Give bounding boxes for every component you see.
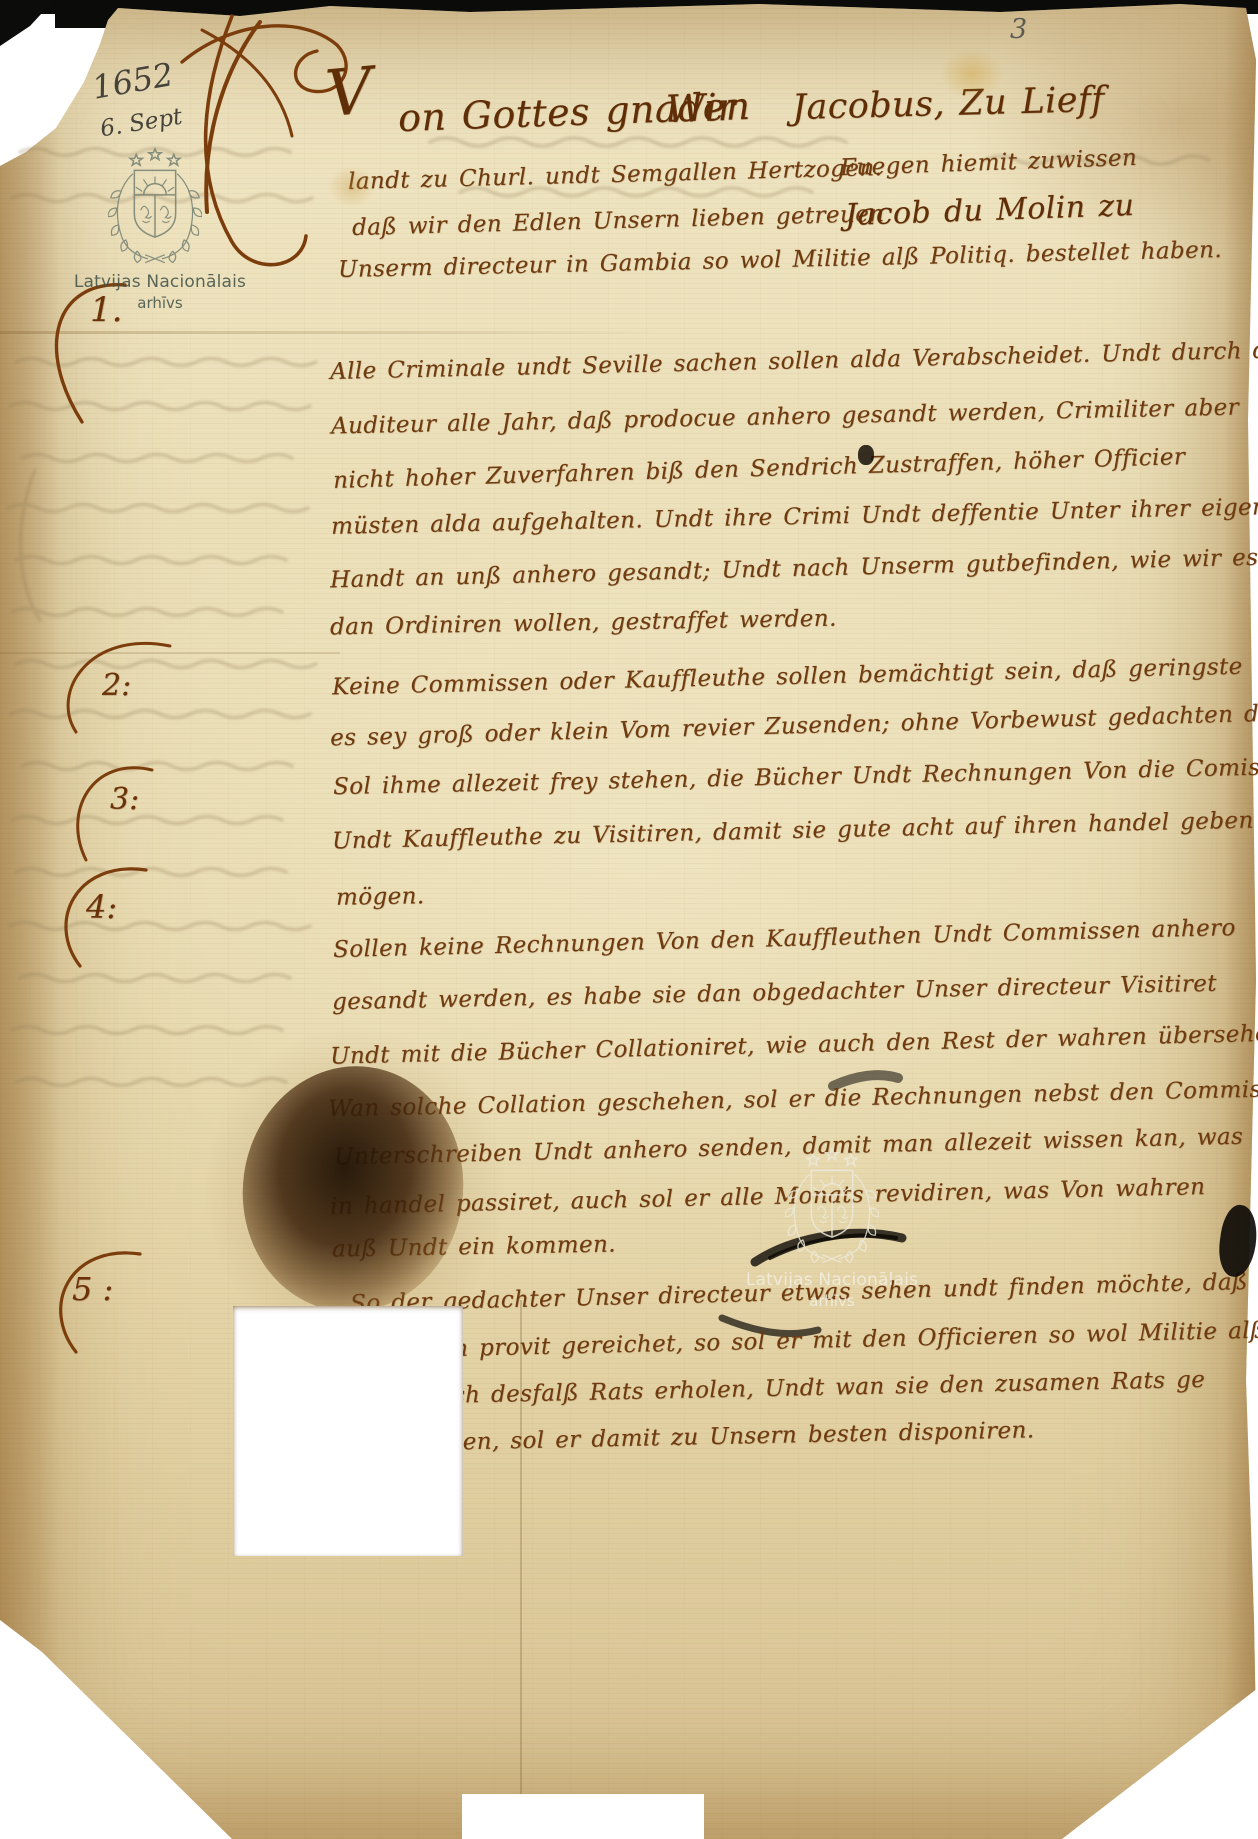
archive-coat-of-arms-icon — [785, 1146, 879, 1270]
manuscript-line: mögen. — [336, 883, 425, 911]
section-number: 3: — [110, 782, 139, 817]
manuscript-line: Wir — [665, 85, 736, 131]
paper-stain — [940, 48, 1004, 100]
section-number: 2: — [102, 668, 131, 703]
manuscript-initial: V — [323, 54, 376, 132]
paper-stain — [328, 166, 376, 208]
document-scan: 1652 6. Sept 3 V on Gottes gnaden Wir Ja… — [0, 0, 1258, 1839]
section-number: 4: — [86, 888, 117, 926]
archive-coat-of-arms-icon — [108, 146, 202, 270]
paper-cutout — [462, 1794, 704, 1839]
archive-name: Latvijas Nacionālais — [732, 1270, 932, 1290]
section-number: 5 : — [72, 1270, 113, 1308]
archive-name-suffix: arhīvs — [60, 294, 260, 312]
ink-blot — [858, 445, 874, 465]
pencil-page-number: 3 — [1010, 14, 1027, 45]
archive-name-suffix: arhīvs — [732, 1292, 932, 1310]
paper-cutout — [233, 1306, 463, 1556]
archive-name: Latvijas Nacionālais — [60, 272, 260, 292]
